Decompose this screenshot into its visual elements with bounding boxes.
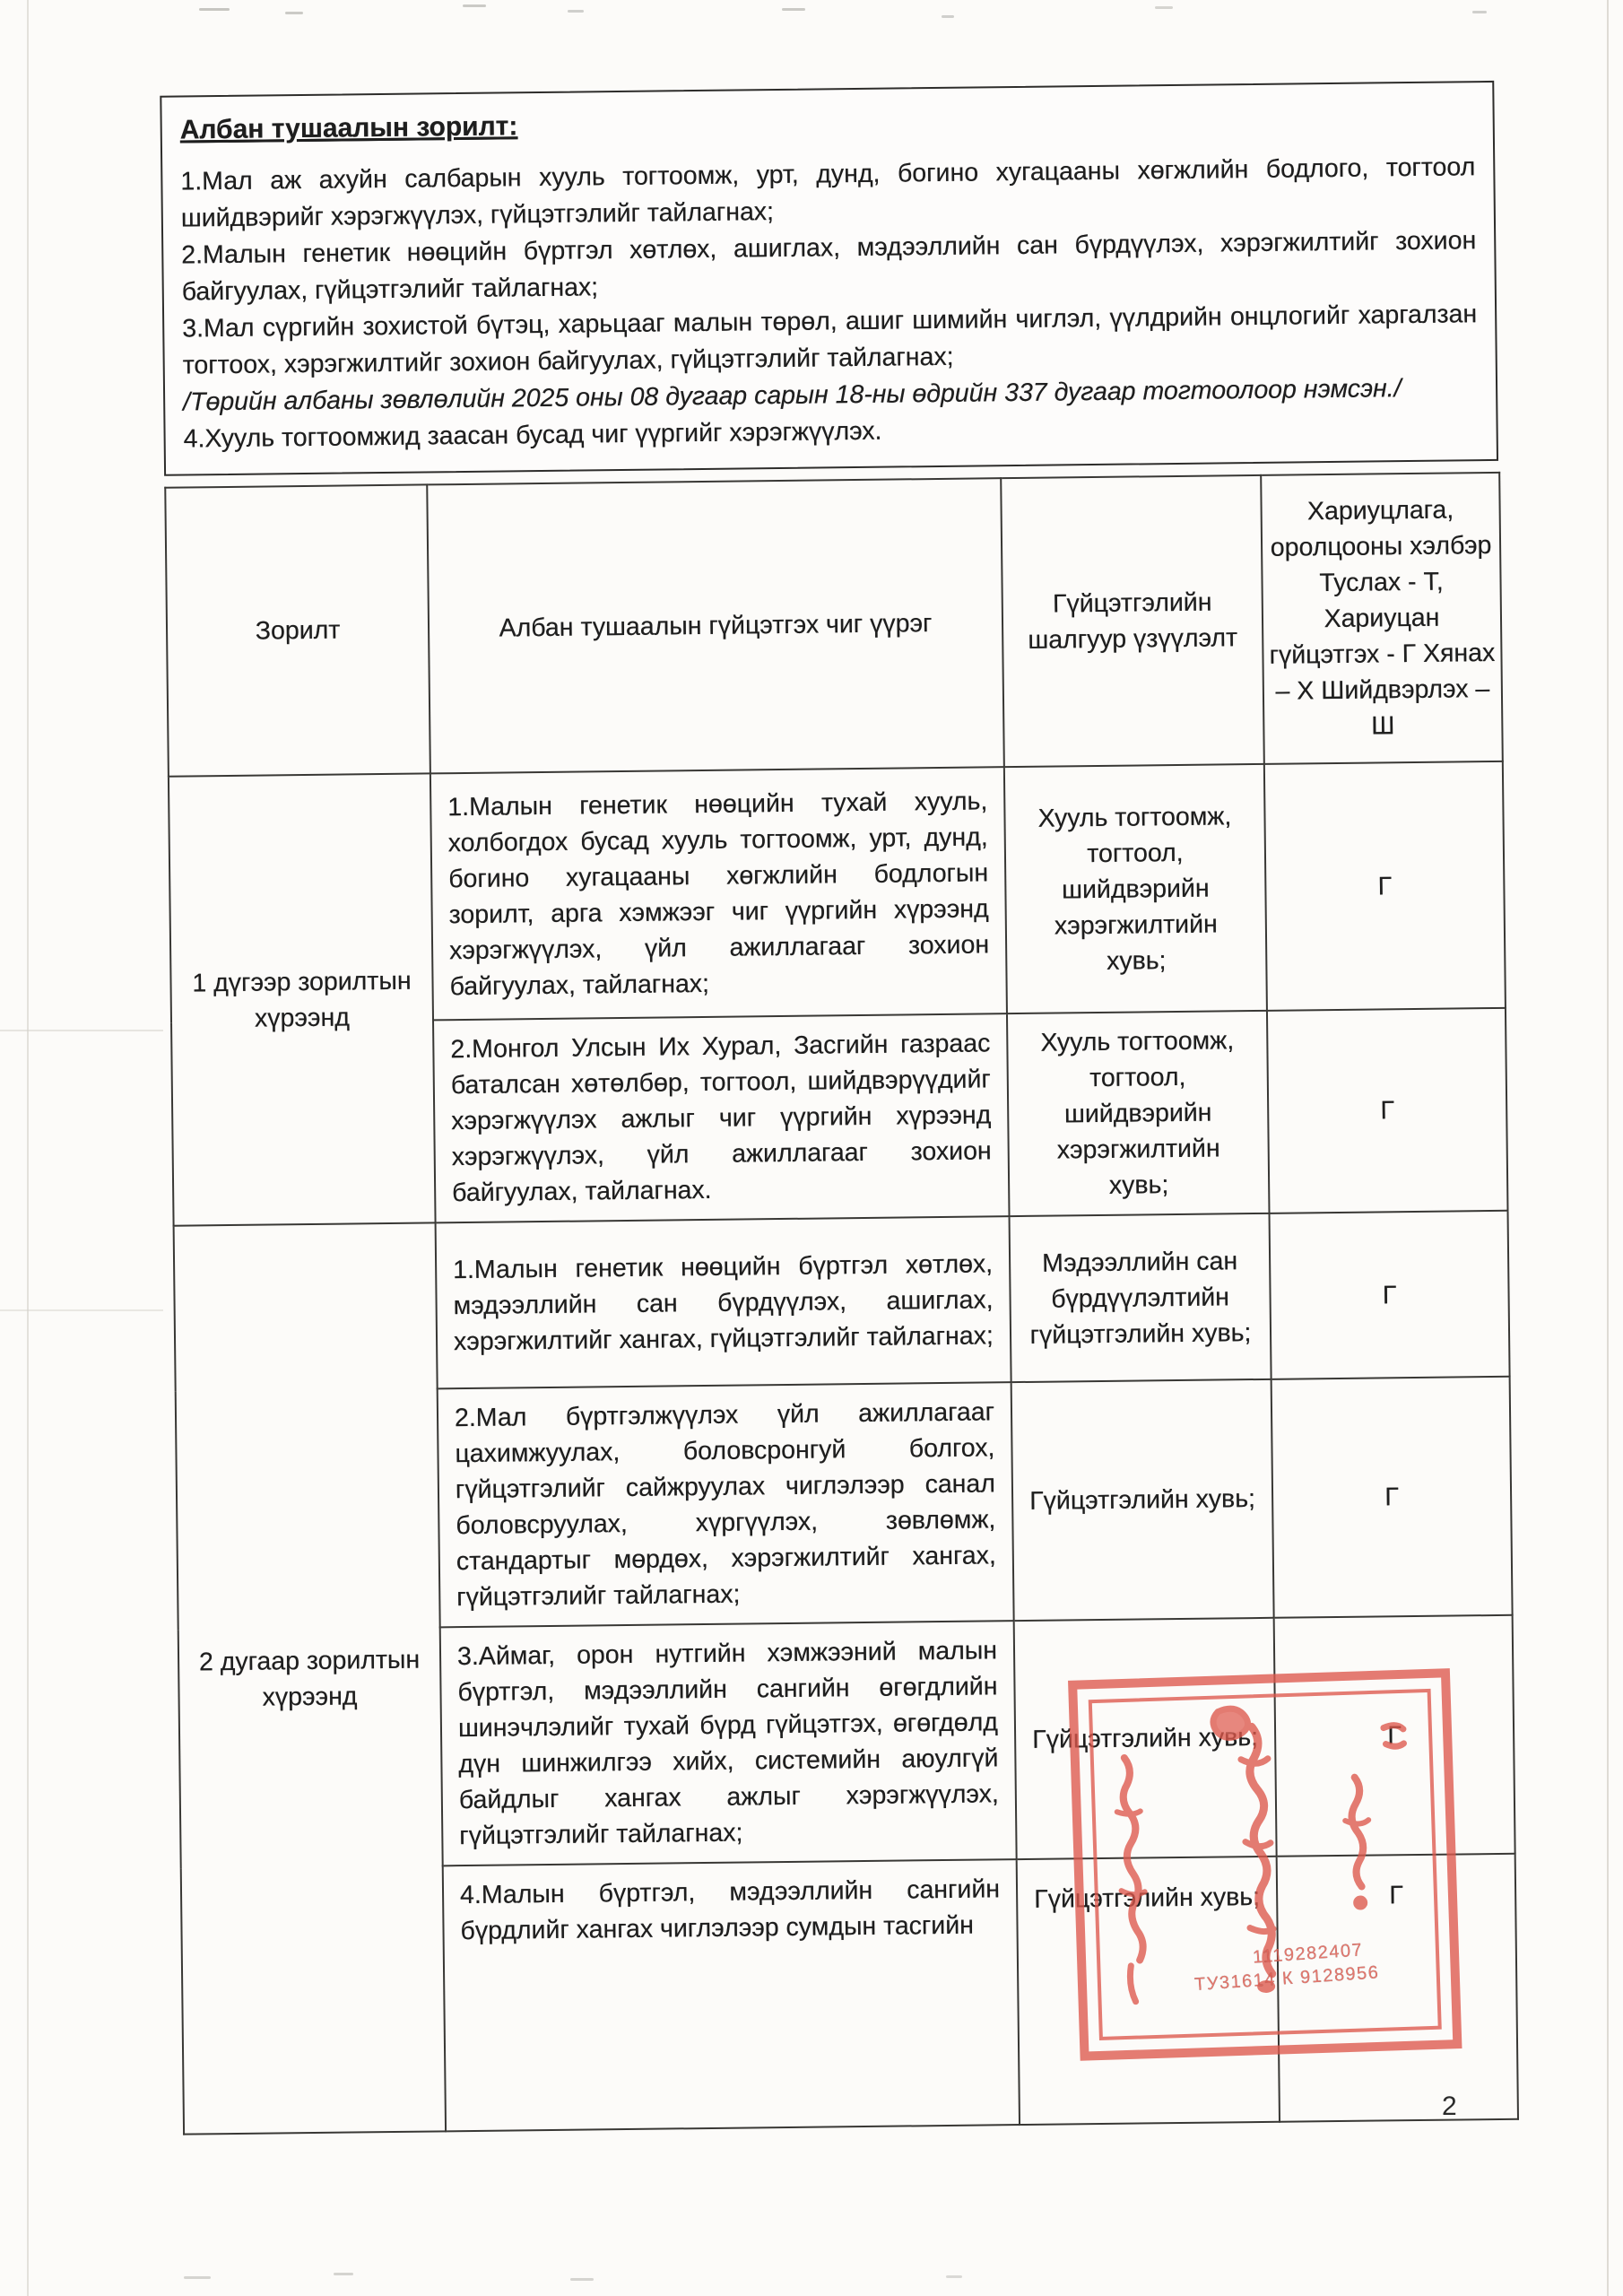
section-title: Албан тушаалын зорилт:: [180, 100, 1475, 145]
responsibility-cell: Г: [1264, 761, 1506, 1011]
scan-speck: [285, 12, 303, 14]
table-row: 1 дүгээр зорилтын хүрээнд 1.Малын генети…: [169, 761, 1506, 1023]
duty-cell: 1.Малын генетик нөөцийн тухай хууль, хол…: [430, 767, 1007, 1020]
scan-speck: [334, 2273, 353, 2275]
scan-speck: [568, 10, 584, 13]
header-responsibility: Хариуцлага, оролцооны хэлбэр Туслах - Т,…: [1261, 473, 1503, 764]
position-objectives-box: Албан тушаалын зорилт: 1.Мал аж ахуйн са…: [160, 81, 1498, 476]
duty-cell: 2.Мал бүртгэлжүүлэх үйл ажиллагааг цахим…: [438, 1382, 1014, 1627]
table-row: 2 дугаар зорилтын хүрээнд 1.Малын генети…: [174, 1211, 1510, 1392]
duty-cell: 3.Аймаг, орон нутгийн хэмжээний малын бү…: [440, 1621, 1017, 1865]
page-number: 2: [1442, 2092, 1457, 2122]
responsibility-cell: Г: [1274, 1615, 1515, 1857]
scan-line-left-margin-2: [0, 1309, 163, 1311]
table-header-row: Зорилт Албан тушаалын гүйцэтгэх чиг үүрэ…: [165, 473, 1503, 777]
scan-speck: [942, 15, 954, 18]
criteria-cell: Гүйцэтгэлийн хувь;: [1011, 1379, 1274, 1621]
scan-speck: [1155, 6, 1173, 9]
criteria-cell: Хууль тогтоомж, тогтоол, шийдвэрийн хэрэ…: [1004, 764, 1267, 1013]
criteria-cell: Мэдээллийн сан бүрдүүлэлтийн гүйцэтгэлий…: [1010, 1213, 1271, 1382]
responsibility-cell: Г: [1271, 1377, 1513, 1618]
responsibility-cell: Г: [1267, 1008, 1508, 1213]
scan-speck: [199, 8, 230, 11]
document-content: Албан тушаалын зорилт: 1.Мал аж ахуйн са…: [160, 81, 1517, 2135]
criteria-cell: Гүйцэтгэлийн хувь;: [1014, 1618, 1277, 1859]
duty-cell: 4.Малын бүртгэл, мэдээллийн сангийн бүрд…: [443, 1859, 1020, 2131]
duty-cell: 1.Малын генетик нөөцийн бүртгэл хөтлөх, …: [436, 1216, 1011, 1388]
scan-speck: [1472, 11, 1487, 13]
header-criteria: Гүйцэтгэлийн шалгуур үзүүлэлт: [1001, 475, 1264, 767]
criteria-cell: Гүйцэтгэлийн хувь;: [1017, 1857, 1280, 2125]
duties-table: Зорилт Албан тушаалын гүйцэтгэх чиг үүрэ…: [164, 472, 1519, 2135]
responsibility-cell: Г: [1270, 1211, 1510, 1379]
scan-line-left-margin-1: [0, 1030, 163, 1031]
scanned-document-page: Албан тушаалын зорилт: 1.Мал аж ахуйн са…: [0, 0, 1623, 2296]
header-duty: Албан тушаалын гүйцэтгэх чиг үүрэг: [427, 478, 1004, 773]
goal-group-1-label: 1 дүгээр зорилтын хүрээнд: [169, 773, 436, 1225]
goal-group-2-label: 2 дугаар зорилтын хүрээнд: [174, 1222, 446, 2134]
scan-speck: [184, 2276, 211, 2279]
scan-speck: [946, 2275, 962, 2278]
scan-speck: [782, 8, 805, 11]
scan-speck: [570, 2278, 594, 2281]
scan-speck: [463, 4, 486, 7]
responsibility-cell: Г: [1277, 1854, 1518, 2122]
duty-cell: 2.Монгол Улсын Их Хурал, Засгийн газраас…: [433, 1013, 1010, 1222]
criteria-cell: Хууль тогтоомж, тогтоол, шийдвэрийн хэрэ…: [1007, 1011, 1270, 1216]
scan-edge-left: [27, 0, 29, 2296]
header-goal: Зорилт: [165, 484, 430, 776]
scan-edge-right: [1607, 0, 1609, 2296]
